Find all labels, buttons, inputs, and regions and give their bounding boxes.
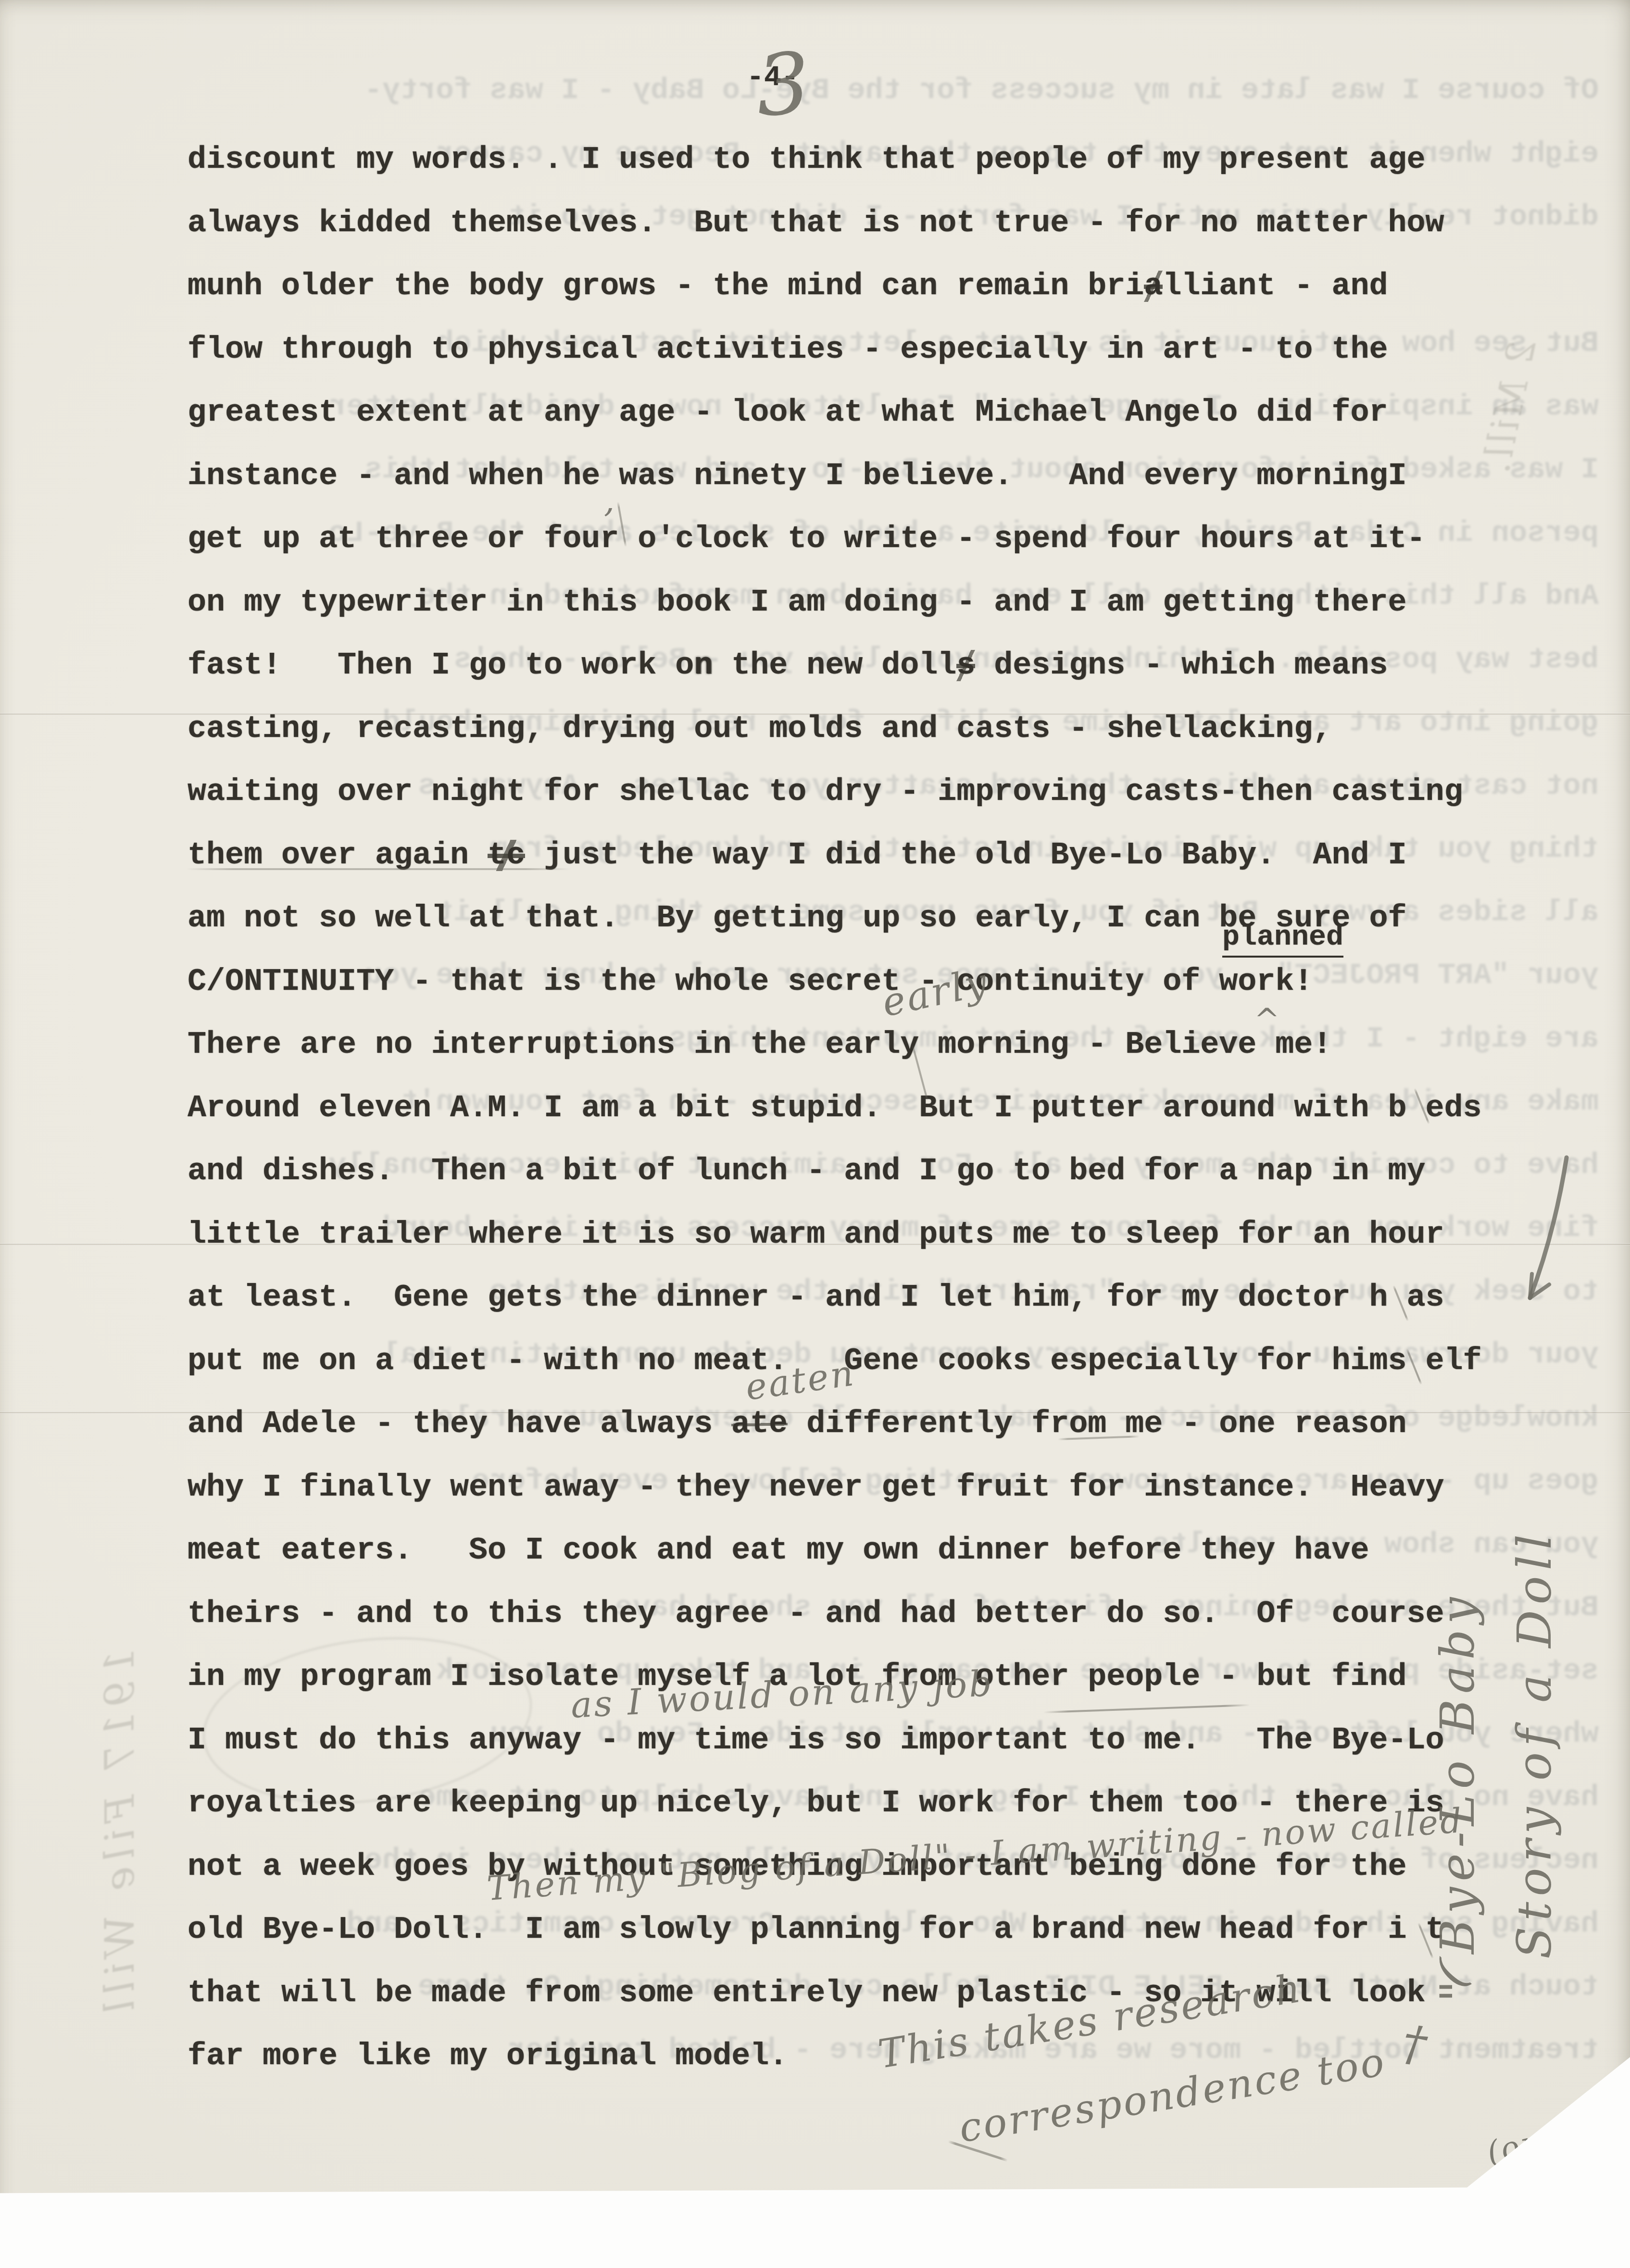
typed-text: the new doll — [713, 650, 956, 681]
pencil-arrow-down-icon — [1505, 1154, 1592, 1327]
dash-after-job — [1043, 1704, 1250, 1713]
typed-text: little trailer where it is so warm and p… — [188, 1219, 1444, 1250]
typed-text: why I finally went away - they never get… — [188, 1472, 1444, 1503]
typed-text: waiting over night for shellac to dry - … — [188, 776, 1463, 808]
typed-line: waiting over night for shellac to dry - … — [188, 776, 1463, 808]
typed-text: C/ONTINUITY - that is the whole secret -… — [188, 966, 1313, 997]
typed-line: I must do this anyway - my time is so im… — [188, 1725, 1444, 1756]
typed-text-corrected: ate — [731, 1408, 788, 1440]
typed-line: always kidded themselves. But that is no… — [188, 208, 1444, 239]
margin-note-story: Story of a Doll — [1507, 1529, 1562, 1959]
typed-line: theirs - and to this they agree - and ha… — [188, 1598, 1444, 1630]
typed-line: munh older the body grows - the mind can… — [188, 271, 1388, 302]
typed-text: There are no interruptions in the early … — [188, 1029, 1331, 1060]
typed-text: fast! Then I go to work o — [188, 650, 694, 681]
typed-line: greatest extent at any age - look at wha… — [188, 397, 1388, 428]
typed-line: and dishes. Then a bit of lunch - and I … — [188, 1156, 1425, 1187]
typed-text: meat eaters. So I cook and eat my own di… — [188, 1535, 1369, 1566]
typed-line: meat eaters. So I cook and eat my own di… — [188, 1535, 1369, 1566]
inserted-comma: , — [604, 481, 616, 520]
typed-line: little trailer where it is so warm and p… — [188, 1219, 1444, 1250]
page-number-hand: 3 — [753, 35, 815, 136]
typed-text: munh older the body grows - the mind can… — [188, 271, 1144, 302]
typed-text-corrected: s — [956, 650, 975, 681]
typed-text-corrected: n — [694, 650, 713, 681]
hand-or: (or — [1483, 2124, 1542, 2171]
typed-text: get up at three or four o'clock to write… — [188, 523, 1425, 555]
insert-caret: ^ — [1254, 1002, 1282, 1038]
typed-line: casting, recasting, drying out molds and… — [188, 713, 1331, 745]
typed-line: and Adele - they have always ate differe… — [188, 1408, 1406, 1440]
typed-text: and Adele - they have always — [188, 1408, 731, 1440]
typed-text: differently from me - one reason — [788, 1408, 1406, 1440]
typed-line: at least. Gene gets the dinner - and I l… — [188, 1282, 1444, 1313]
typed-text: flow through to physical activities - es… — [188, 334, 1388, 365]
typed-text: far more like my original model. — [188, 2041, 788, 2072]
typed-line: them over again tc just the way I did th… — [188, 840, 1406, 871]
typed-text: at least. Gene gets the dinner - and I l… — [188, 1282, 1444, 1313]
scanned-letter-page: Of course I was late in my success for t… — [0, 0, 1630, 2268]
strike-extension-line — [187, 868, 571, 870]
typed-line: C/ONTINUITY - that is the whole secret -… — [188, 966, 1313, 997]
typed-text-corrected: a — [1144, 271, 1163, 302]
typed-text: instance - and when he was ninety I beli… — [188, 461, 1406, 492]
typed-text: lliant - and — [1163, 271, 1388, 302]
margin-note-byelo: " Bye-Lo Baby — [1430, 1592, 1485, 2003]
typed-line: why I finally went away - they never get… — [188, 1472, 1444, 1503]
typed-text: them over again — [188, 840, 488, 871]
typed-line: on my typewriter in this book I am doing… — [188, 587, 1406, 618]
bleedthrough-line: Of course I was late in my success for t… — [127, 73, 1599, 107]
typed-line: Around eleven A.M. I am a bit stupid. Bu… — [188, 1093, 1481, 1124]
typed-line: discount my words. . I used to think tha… — [188, 144, 1425, 175]
typed-line: royalties are keeping up nicely, but I w… — [188, 1788, 1444, 1819]
paper-sheet: Of course I was late in my success for t… — [0, 0, 1630, 2268]
typed-text: just the way I did the old Bye-Lo Baby. … — [525, 840, 1406, 871]
typed-text: on my typewriter in this book I am doing… — [188, 587, 1406, 618]
typed-text: royalties are keeping up nicely, but I w… — [188, 1788, 1444, 1819]
typed-text-corrected: tc — [488, 840, 525, 871]
typed-line: flow through to physical activities - es… — [188, 334, 1388, 365]
typed-text: greatest extent at any age - look at wha… — [188, 397, 1388, 428]
typed-text: always kidded themselves. But that is no… — [188, 208, 1444, 239]
typed-text: designs - which means — [975, 650, 1388, 681]
typed-line: fast! Then I go to work on the new dolls… — [188, 650, 1388, 681]
typed-line: far more like my original model. — [188, 2041, 788, 2072]
typed-text: old Bye-Lo Doll. I am slowly planning fo… — [188, 1914, 1444, 1945]
typed-text: I must do this anyway - my time is so im… — [188, 1725, 1444, 1756]
typed-text: theirs - and to this they agree - and ha… — [188, 1598, 1444, 1630]
ghost-1917-file: 1917 File Will — [96, 1649, 144, 2019]
typed-text: casting, recasting, drying out molds and… — [188, 713, 1331, 745]
typed-insert-planned: planned — [1222, 921, 1343, 958]
typed-line: old Bye-Lo Doll. I am slowly planning fo… — [188, 1914, 1444, 1945]
typed-line: instance - and when he was ninety I beli… — [188, 461, 1406, 492]
typed-line: There are no interruptions in the early … — [188, 1029, 1331, 1060]
typed-line: get up at three or four o'clock to write… — [188, 523, 1425, 555]
typed-text: and dishes. Then a bit of lunch - and I … — [188, 1156, 1425, 1187]
typed-text: discount my words. . I used to think tha… — [188, 144, 1425, 175]
typed-text: Around eleven A.M. I am a bit stupid. Bu… — [188, 1093, 1481, 1124]
